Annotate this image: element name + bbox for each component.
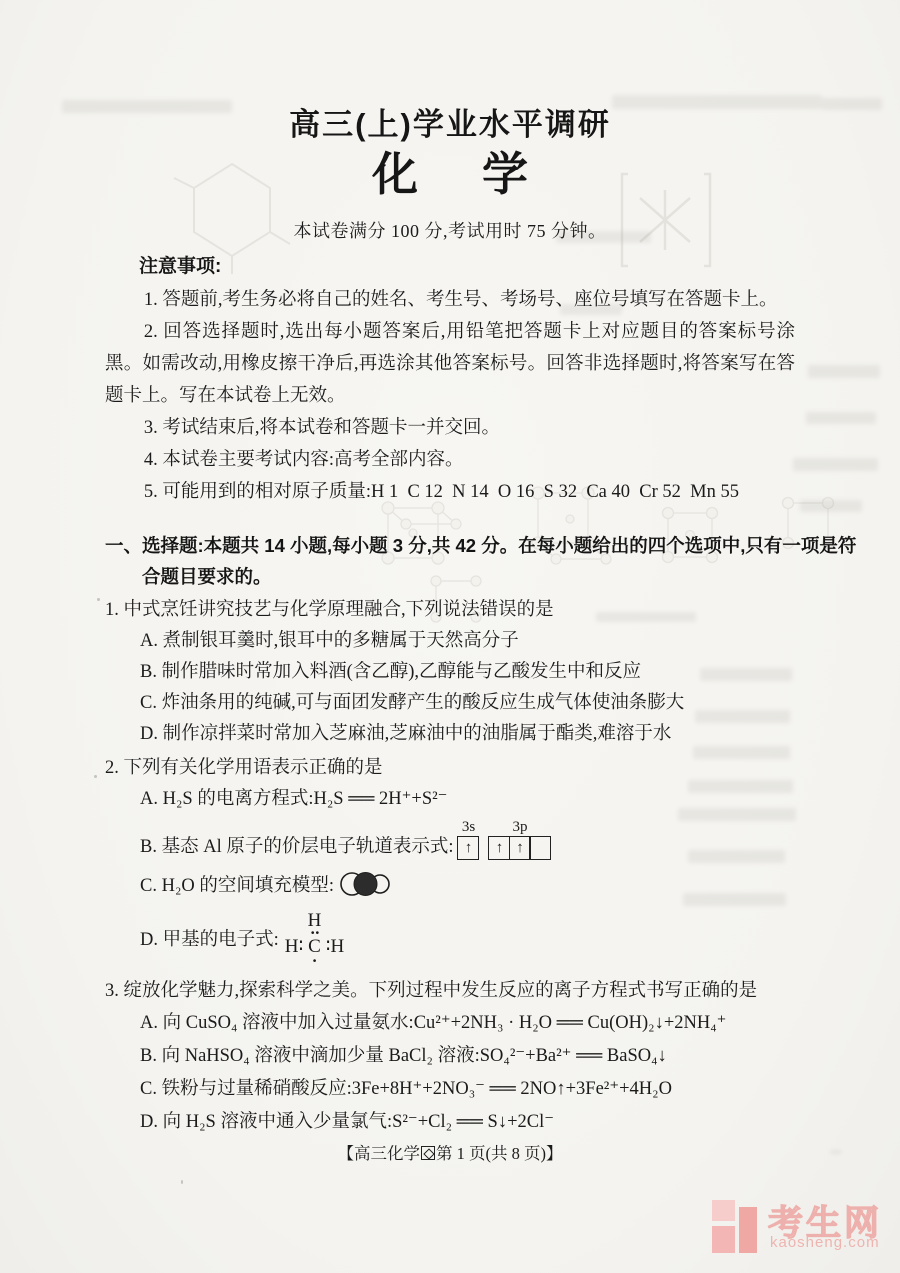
bleed-smudge (822, 98, 882, 110)
electron-dot-structure-methyl: H ·· H∶ C ∶H · (285, 912, 345, 965)
orbital-3p-box-2: ↑ (509, 836, 531, 860)
question-1-option-a: A. 煮制银耳羹时,银耳中的多糖属于天然高分子 (140, 626, 795, 657)
scan-speck (97, 598, 100, 601)
scan-speck (181, 1180, 183, 1184)
question-2-option-d: D. 甲基的电子式: H ·· H∶ C ∶H · (140, 906, 795, 970)
scanned-exam-page: 高三(上)学业水平调研 化学 本试卷满分 100 分,考试用时 75 分钟。 注… (0, 0, 900, 1273)
question-3-stem: 3. 绽放化学魅力,探索科学之美。下列过程中发生反应的离子方程式书写正确的是 (105, 976, 795, 1007)
question-3-option-d: D. 向 H₂S 溶液中通入少量氯气:S²⁻+Cl₂ ══ S↓+2Cl⁻ (140, 1106, 795, 1139)
bleed-smudge (800, 500, 862, 512)
orbital-3p-label: 3p (512, 818, 527, 836)
footer-left-text: 【高三化学 (338, 1144, 421, 1163)
orbital-3p-box-3 (529, 836, 551, 860)
question-1-option-d: D. 制作凉拌菜时常加入芝麻油,芝麻油中的油脂属于酯类,难溶于水 (140, 719, 795, 750)
orbital-3s-box: ↑ (457, 836, 479, 860)
question-2-stem: 2. 下列有关化学用语表示正确的是 (105, 753, 795, 784)
section-1-heading-line2: 合题目要求的。 (142, 561, 795, 592)
bleed-smudge (830, 1150, 842, 1154)
orbital-3p-boxes: ↑ ↑ (488, 836, 551, 860)
kaosheng-logo-icon (712, 1200, 760, 1254)
orbital-3s-label: 3s (462, 818, 475, 836)
orbital-3p-box-1: ↑ (488, 836, 510, 860)
space-filling-model-h2o (339, 870, 393, 898)
notice-item-3: 3. 考试结束后,将本试卷和答题卡一并交回。 (105, 412, 795, 444)
subject-char-xue: 学 (482, 149, 528, 200)
exam-content: 高三(上)学业水平调研 化学 本试卷满分 100 分,考试用时 75 分钟。 注… (105, 96, 795, 1169)
question-3-option-c: C. 铁粉与过量稀硝酸反应:3Fe+8H⁺+2NO₃⁻ ══ 2NO↑+3Fe²… (140, 1073, 795, 1106)
scan-speck (94, 775, 97, 778)
question-1-option-b: B. 制作腊味时常加入料酒(含乙醇),乙醇能与乙酸发生中和反应 (140, 657, 795, 688)
orbital-3p-group: 3p ↑ ↑ (488, 818, 551, 860)
electron-dot-single: · (312, 957, 318, 965)
section-1-heading-line1: 一、选择题:本题共 14 小题,每小题 3 分,共 42 分。在每小题给出的四个… (105, 530, 795, 561)
notice-item-1: 1. 答题前,考生务必将自己的姓名、考生号、考场号、座位号填写在答题卡上。 (105, 284, 795, 316)
question-2-option-a: A. H₂S 的电离方程式:H₂S ══ 2H⁺+S²⁻ (140, 784, 795, 814)
notice-item-5: 5. 可能用到的相对原子质量:H 1 C 12 N 14 O 16 S 32 C… (105, 476, 795, 508)
notes-heading: 注意事项: (139, 250, 795, 284)
watermark: 考生网 kaosheng.com (712, 1198, 882, 1258)
subject-char-hua: 化 (372, 149, 418, 200)
watermark-site-url: kaosheng.com (770, 1234, 880, 1251)
electron-dot-pair: ·· (310, 929, 319, 936)
question-2-option-b: B. 基态 Al 原子的价层电子轨道表示式: 3s ↑ 3p ↑ ↑ (140, 818, 795, 860)
question-2-option-c-text: C. H₂O 的空间填充模型: (140, 871, 334, 897)
notice-item-2: 2. 回答选择题时,选出每小题答案后,用铅笔把答题卡上对应题目的答案标号涂黑。如… (105, 316, 795, 412)
page-footer: 【高三化学第 1 页(共 8 页)】 (105, 1139, 795, 1169)
bleed-smudge (808, 365, 880, 378)
notice-item-4: 4. 本试卷主要考试内容:高考全部内容。 (105, 444, 795, 476)
bleed-smudge (806, 412, 876, 424)
section-1-heading: 一、选择题:本题共 14 小题,每小题 3 分,共 42 分。在每小题给出的四个… (105, 530, 795, 592)
question-2-option-d-text: D. 甲基的电子式: (140, 925, 279, 951)
bleed-smudge (793, 458, 878, 471)
question-2-option-c: C. H₂O 的空间填充模型: (140, 870, 795, 898)
exam-info-line: 本试卷满分 100 分,考试用时 75 分钟。 (105, 216, 795, 246)
question-3-option-b: B. 向 NaHSO₄ 溶液中滴加少量 BaCl₂ 溶液:SO₄²⁻+Ba²⁺ … (140, 1040, 795, 1073)
footer-right-text: 第 1 页(共 8 页)】 (436, 1144, 563, 1163)
question-1-stem: 1. 中式烹饪讲究技艺与化学原理融合,下列说法错误的是 (105, 595, 795, 626)
question-3-option-a: A. 向 CuSO₄ 溶液中加入过量氨水:Cu²⁺+2NH₃ · H₂O ══ … (140, 1007, 795, 1040)
orbital-diagram: 3s ↑ 3p ↑ ↑ (457, 818, 551, 860)
boxed-diamond-icon (421, 1146, 435, 1160)
exam-title: 高三(上)学业水平调研 (105, 104, 795, 146)
exam-subject: 化学 (105, 146, 795, 204)
question-1-option-c: C. 炸油条用的纯碱,可与面团发酵产生的酸反应生成气体使油条膨大 (140, 688, 795, 719)
orbital-3s-group: 3s ↑ (457, 818, 479, 860)
question-2-option-b-text: B. 基态 Al 原子的价层电子轨道表示式: (140, 834, 453, 860)
